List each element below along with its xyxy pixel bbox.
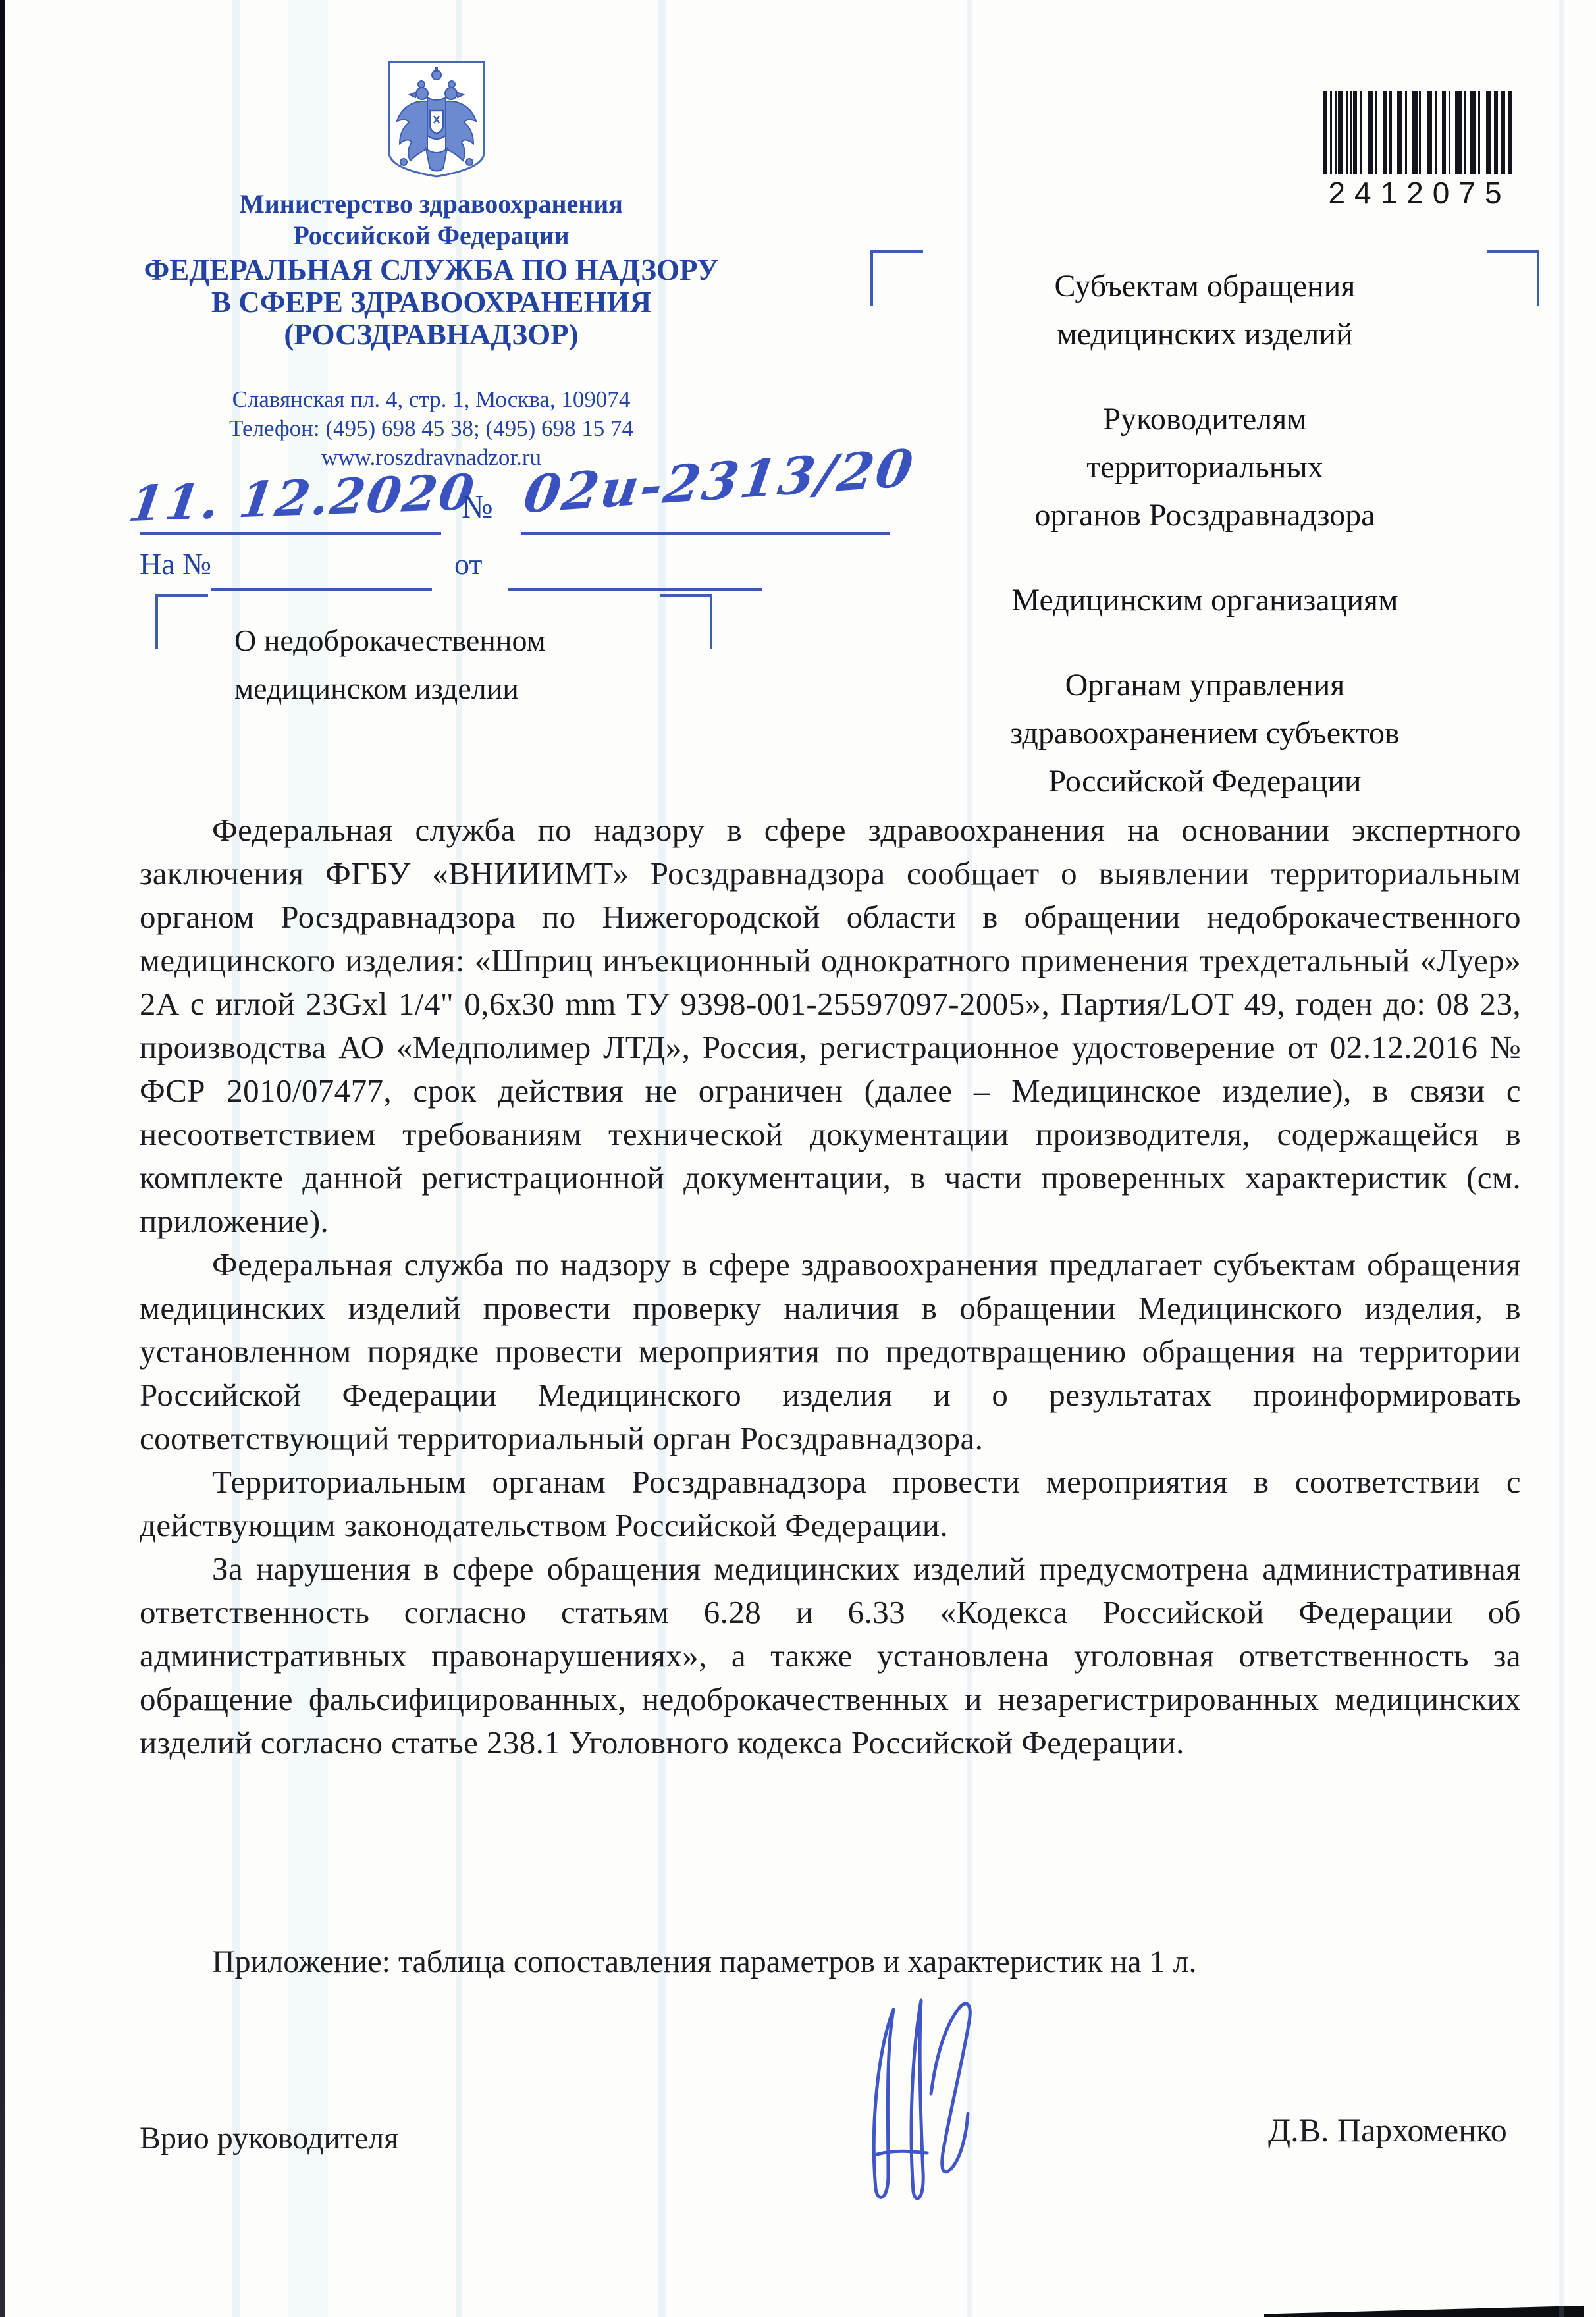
recipient-group: Медицинским организациям <box>876 576 1534 624</box>
recipient-line: Российской Федерации <box>876 757 1534 805</box>
corner-bracket-icon <box>660 594 712 649</box>
recipient-line: Органам управления <box>876 661 1534 709</box>
recipient-group: Руководителям территориальных органов Ро… <box>876 395 1534 539</box>
scan-bottom-artifact <box>1264 2305 1584 2317</box>
barcode-number: 2412075 <box>1302 175 1537 211</box>
recipient-line: Субъектам обращения <box>876 262 1534 310</box>
service-name: ФЕДЕРАЛЬНАЯ СЛУЖБА ПО НАДЗОРУ В СФЕРЕ ЗД… <box>115 254 747 351</box>
service-line2: В СФЕРЕ ЗДРАВООХРАНЕНИЯ <box>115 286 747 319</box>
body-paragraph: Территориальным органам Росздравнадзора … <box>140 1460 1521 1547</box>
recipient-line: здравоохранением субъектов <box>876 709 1534 757</box>
letter-body: Федеральная служба по надзору в сфере зд… <box>140 809 1521 1765</box>
body-paragraph: Федеральная служба по надзору в сфере зд… <box>140 1243 1521 1460</box>
recipient-line: медицинских изделий <box>876 310 1534 358</box>
recipient-line: территориальных <box>876 443 1534 491</box>
ministry-line1: Министерство здравоохранения <box>115 188 747 220</box>
signer-position: Врио руководителя <box>140 2120 398 2156</box>
signer-name: Д.В. Пархоменко <box>1268 2111 1507 2149</box>
barcode-icon <box>1323 91 1516 174</box>
ministry-name: Министерство здравоохранения Российской … <box>115 188 747 252</box>
number-underline <box>521 532 890 535</box>
scan-left-edge-artifact <box>0 0 5 2317</box>
body-paragraph: Федеральная служба по надзору в сфере зд… <box>140 809 1521 1243</box>
ministry-line2: Российской Федерации <box>115 220 747 252</box>
reply-date-blank <box>508 588 762 591</box>
signature-icon <box>831 1995 1015 2219</box>
attachment-note: Приложение: таблица сопоставления параме… <box>140 1944 1521 1980</box>
recipient-group: Органам управления здравоохранением субъ… <box>876 661 1534 805</box>
recipient-line: Медицинским организациям <box>876 576 1534 624</box>
date-underline <box>140 532 441 535</box>
corner-bracket-icon <box>155 594 208 649</box>
service-line3: (РОСЗДРАВНАДЗОР) <box>115 319 747 351</box>
outgoing-date-handwritten: 11. 12.2020 <box>125 464 479 533</box>
recipients-block: Субъектам обращения медицинских изделий … <box>876 262 1534 842</box>
reply-date-label: от <box>454 546 483 581</box>
recipient-group: Субъектам обращения медицинских изделий <box>876 262 1534 358</box>
org-phone: Телефон: (495) 698 45 38; (495) 698 15 7… <box>115 414 747 443</box>
number-sign: № <box>462 487 493 525</box>
coat-of-arms-icon <box>384 58 489 180</box>
subject-block: О недоброкачественном медицинском издели… <box>234 616 546 712</box>
scanned-letter-page: Министерство здравоохранения Российской … <box>0 0 1596 2317</box>
subject-line1: О недоброкачественном <box>234 616 546 664</box>
recipient-line: органов Росздравнадзора <box>876 491 1534 539</box>
scan-streak <box>1559 0 1564 2317</box>
org-address: Славянская пл. 4, стр. 1, Москва, 109074 <box>115 385 747 414</box>
reply-number-blank <box>211 588 432 591</box>
service-line1: ФЕДЕРАЛЬНАЯ СЛУЖБА ПО НАДЗОРУ <box>115 254 747 286</box>
body-paragraph: За нарушения в сфере обращения медицинск… <box>140 1547 1521 1765</box>
reply-number-label: На № <box>140 546 211 581</box>
recipient-line: Руководителям <box>876 395 1534 443</box>
subject-line2: медицинском изделии <box>234 664 546 712</box>
